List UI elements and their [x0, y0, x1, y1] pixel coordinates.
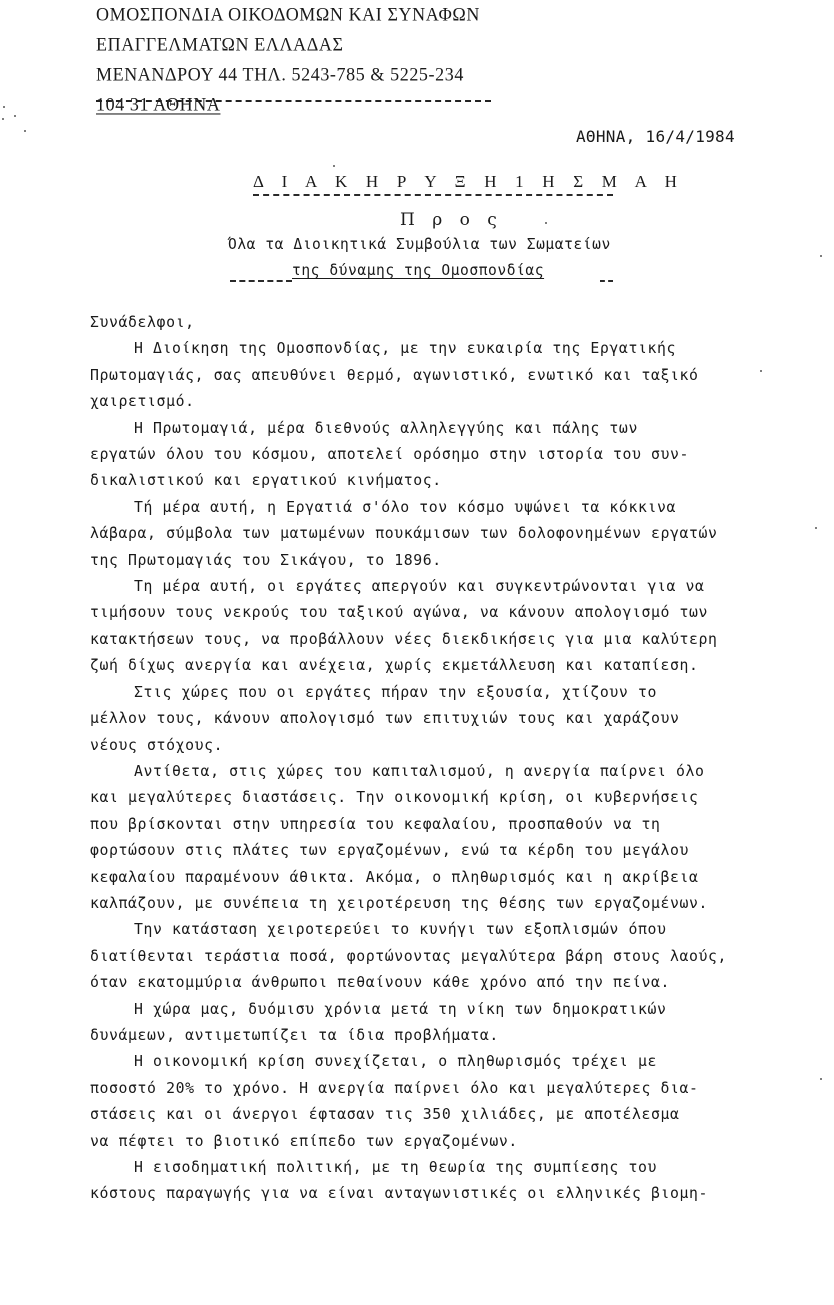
salutation: Συνάδελφοι,	[90, 310, 810, 336]
paragraph-line: στάσεις και οι άνεργοι έφτασαν τις 350 χ…	[90, 1102, 810, 1128]
addressee-line-2: της δύναμης της Ομοσπονδίας	[292, 262, 544, 279]
paragraph-line: Την κατάσταση χειροτερεύει το κυνήγι των…	[90, 917, 810, 943]
letter-body: Συνάδελφοι, Η Διοίκηση της Ομοσπονδίας, …	[90, 310, 810, 1208]
paragraph: Αντίθετα, στις χώρες του καπιταλισμού, η…	[90, 759, 810, 917]
paragraph-line: Πρωτομαγιάς, σας απευθύνει θερμό, αγωνισ…	[90, 363, 810, 389]
paragraph: Στις χώρες που οι εργάτες πήραν την εξου…	[90, 680, 810, 759]
letterhead-divider	[96, 100, 491, 102]
paragraph-line: διατίθενται τεράστια ποσά, φορτώνοντας μ…	[90, 944, 810, 970]
paragraph-line: Τή μέρα αυτή, η Εργατιά σ'όλο τον κόσμο …	[90, 495, 810, 521]
paragraph: Τη μέρα αυτή, οι εργάτες απεργούν και συ…	[90, 574, 810, 680]
paragraph: Η οικονομική κρίση συνεχίζεται, ο πληθωρ…	[90, 1049, 810, 1155]
paragraph: Η χώρα μας, δυόμισυ χρόνια μετά τη νίκη …	[90, 997, 810, 1050]
scan-speck	[14, 115, 16, 117]
scan-speck	[820, 1078, 822, 1080]
scan-speck	[3, 106, 5, 108]
paragraph-line: Τη μέρα αυτή, οι εργάτες απεργούν και συ…	[90, 574, 810, 600]
document-title: Δ Ι Α Κ Η Ρ Υ Ξ Η 1 Η Σ Μ Α Η	[253, 172, 684, 192]
paragraph-line: ζωή δίχως ανεργία και ανέχεια, χωρίς εκμ…	[90, 653, 810, 679]
paragraph-line: κόστους παραγωγής για να είναι ανταγωνισ…	[90, 1181, 810, 1207]
addressee-underline-right	[600, 280, 613, 282]
paragraph-line: καλπάζουν, με συνέπεια τη χειροτέρευση τ…	[90, 891, 810, 917]
paragraph-line: Αντίθετα, στις χώρες του καπιταλισμού, η…	[90, 759, 810, 785]
paragraph-line: λάβαρα, σύμβολα των ματωμένων πουκάμισων…	[90, 521, 810, 547]
paragraph-line: δυνάμεων, αντιμετωπίζει τα ίδια προβλήμα…	[90, 1023, 810, 1049]
paragraph-line: και μεγαλύτερες διαστάσεις. Την οικονομι…	[90, 785, 810, 811]
organization-postal-code-city: 104 31 ΑΘΗΝΑ	[96, 89, 480, 118]
paragraph: Η εισοδηματική πολιτική, με τη θεωρία τη…	[90, 1155, 810, 1208]
addressee-underline-left	[230, 280, 292, 282]
addressee-label: Π ρ ο ς	[400, 210, 503, 230]
scan-speck	[333, 165, 335, 167]
paragraph: Τή μέρα αυτή, η Εργατιά σ'όλο τον κόσμο …	[90, 495, 810, 574]
paragraph-line: Στις χώρες που οι εργάτες πήραν την εξου…	[90, 680, 810, 706]
paragraph-line: Η Διοίκηση της Ομοσπονδίας, με την ευκαι…	[90, 336, 810, 362]
scan-speck	[760, 370, 762, 372]
paragraph-line: να πέφτει το βιοτικό επίπεδο των εργαζομ…	[90, 1129, 810, 1155]
scan-speck	[24, 130, 26, 132]
paragraph-line: δικαλιστικού και εργατικού κινήματος.	[90, 468, 810, 494]
paragraph: Την κατάσταση χειροτερεύει το κυνήγι των…	[90, 917, 810, 996]
organization-address-phone: ΜΕΝΑΝΔΡΟΥ 44 ΤΗΛ. 5243-785 & 5225-234	[96, 59, 480, 88]
paragraph-line: Η χώρα μας, δυόμισυ χρόνια μετά τη νίκη …	[90, 997, 810, 1023]
paragraph-line: όταν εκατομμύρια άνθρωποι πεθαίνουν κάθε…	[90, 970, 810, 996]
paragraph-line: νέους στόχους.	[90, 733, 810, 759]
paragraph-line: που βρίσκονται στην υπηρεσία του κεφαλαί…	[90, 812, 810, 838]
paragraph-line: Η εισοδηματική πολιτική, με τη θεωρία τη…	[90, 1155, 810, 1181]
paragraph-line: κεφαλαίου παραμένουν άθικτα. Ακόμα, ο πλ…	[90, 865, 810, 891]
organization-name-continued: ΕΠΑΓΓΕΛΜΑΤΩΝ ΕΛΛΑΔΑΣ	[96, 29, 480, 58]
paragraph-line: της Πρωτομαγιάς του Σικάγου, το 1896.	[90, 548, 810, 574]
paragraph-line: φορτώσουν στις πλάτες των εργαζομένων, ε…	[90, 838, 810, 864]
title-underline	[253, 194, 613, 196]
paragraph-line: εργατών όλου του κόσμου, αποτελεί ορόσημ…	[90, 442, 810, 468]
scan-speck	[815, 527, 817, 529]
addressee-line-1: Όλα τα Διοικητικά Συμβούλια των Σωματείω…	[228, 236, 611, 253]
paragraph-line: ποσοστό 20% το χρόνο. Η ανεργία παίρνει …	[90, 1076, 810, 1102]
scan-speck	[820, 255, 822, 257]
document-date: ΑΘΗΝΑ, 16/4/1984	[576, 127, 735, 146]
paragraph-line: Η Πρωτομαγιά, μέρα διεθνούς αλληλεγγύης …	[90, 416, 810, 442]
document-page: ΟΜΟΣΠΟΝΔΙΑ ΟΙΚΟΔΟΜΩΝ ΚΑΙ ΣΥΝΑΦΩΝ ΕΠΑΓΓΕΛ…	[0, 0, 834, 1305]
paragraph-line: τιμήσουν τους νεκρούς του ταξικού αγώνα,…	[90, 600, 810, 626]
scan-speck	[2, 118, 4, 120]
scan-speck	[545, 222, 547, 224]
paragraph-line: Η οικονομική κρίση συνεχίζεται, ο πληθωρ…	[90, 1049, 810, 1075]
paragraph: Η Διοίκηση της Ομοσπονδίας, με την ευκαι…	[90, 336, 810, 415]
paragraph-line: κατακτήσεων τους, να προβάλλουν νέες διε…	[90, 627, 810, 653]
paragraph-line: μέλλον τους, κάνουν απολογισμό των επιτυ…	[90, 706, 810, 732]
paragraph-line: χαιρετισμό.	[90, 389, 810, 415]
organization-name: ΟΜΟΣΠΟΝΔΙΑ ΟΙΚΟΔΟΜΩΝ ΚΑΙ ΣΥΝΑΦΩΝ	[96, 0, 480, 29]
paragraph-list: Η Διοίκηση της Ομοσπονδίας, με την ευκαι…	[90, 336, 810, 1207]
paragraph: Η Πρωτομαγιά, μέρα διεθνούς αλληλεγγύης …	[90, 416, 810, 495]
